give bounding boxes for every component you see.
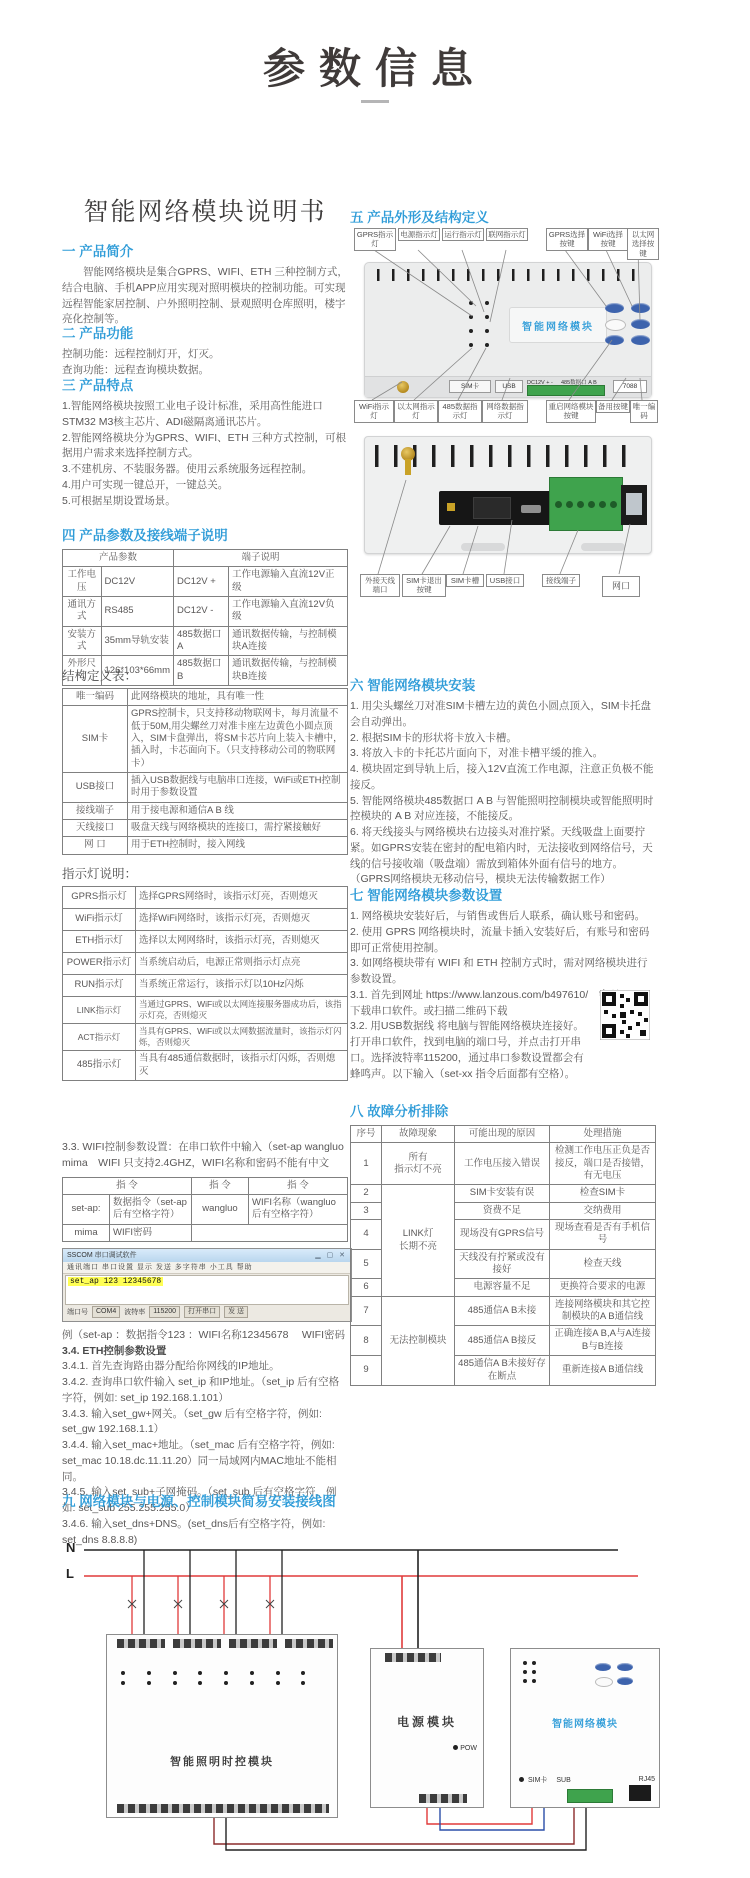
feature-item: 3.不建机房、不装服务器。使用云系统服务远程控制。: [62, 462, 348, 478]
send-button[interactable]: 发 送: [224, 1306, 248, 1318]
section-title: 六 智能网络模块安装: [350, 674, 656, 694]
col-header: 处理措施: [550, 1126, 656, 1143]
table-row: 序号 故障现象 可能出现的原因 处理措施: [351, 1126, 656, 1143]
cell: LINK指示灯: [63, 997, 136, 1024]
cell: LINK灯 长期不亮: [382, 1185, 455, 1296]
table-row: 485指示灯当具有485通信数据时，该指示灯闪烁，否则熄灭: [63, 1051, 348, 1081]
table-row: POWER指示灯当系统启动后，电源正常则指示灯点亮: [63, 953, 348, 975]
n-line-label: N: [66, 1540, 75, 1555]
cell: DC12V -: [174, 597, 229, 627]
section-param-setup: 七 智能网络模块参数设置 1. 网络模块安装好后，与销售或售后人联系，确认账号和…: [350, 884, 656, 1082]
callout-wifi-select-key: WiFi选择按键: [588, 228, 628, 251]
feature-item: 5.可根据星期设置场景。: [62, 494, 348, 510]
cell: 选择以太网网络时，该指示灯亮，否则熄灭: [136, 931, 348, 953]
setup-step: 1. 网络模块安装好后，与销售或售后人联系，确认账号和密码。: [350, 909, 656, 925]
cell: 选择WiFi网络时，该指示灯亮，否则熄灭: [136, 909, 348, 931]
cell: 电源容量不足: [455, 1279, 550, 1296]
table-row: set-ap: 数据指令（set-ap后有空格字符） wangluo WIFI名…: [63, 1194, 348, 1224]
table-row: 安装方式35mm导轨安装 485数据口 A通讯数据传输，与控制模块A连接: [63, 626, 348, 656]
col-header: 序号: [351, 1126, 382, 1143]
cell: WIFI密码: [110, 1224, 192, 1241]
cell: RUN指示灯: [63, 975, 136, 997]
table-row: 工作电压DC12V DC12V +工作电源输入直流12V正级: [63, 567, 348, 597]
callout-spare-key: 备用按键: [596, 400, 630, 413]
wifi-param-settings: 3.3. WIFI控制参数设置：在串口软件中输入（set-ap wangluo …: [62, 1140, 348, 1548]
figure-product-bottom: 外接天线端口 SIM卡退出按键 SIM卡槽 USB接口 接线端子 网口: [350, 428, 656, 618]
cell: USB接口: [63, 773, 128, 803]
cell: 2: [351, 1185, 382, 1202]
table-row: RUN指示灯当系统正常运行，该指示灯以10Hz闪烁: [63, 975, 348, 997]
qr-code: [600, 990, 650, 1040]
cell: 天线没有拧紧或没有接好: [455, 1249, 550, 1279]
port-label: 端口号: [67, 1307, 88, 1317]
callout-power-indicator: 电源指示灯: [398, 228, 440, 241]
table-row: 通讯方式RS485 DC12V -工作电源输入直流12V负级: [63, 597, 348, 627]
table-row: ACT指示灯当具有GPRS、WiFi或以太网数据流量时，该指示灯闪烁，否则熄灭: [63, 1024, 348, 1051]
wifi-settings-heading: 3.3. WIFI控制参数设置：在串口软件中输入（set-ap wangluo …: [62, 1140, 348, 1172]
table-row: 天线接口吸盘天线与网络模块的连接口，需拧紧接触好: [63, 820, 348, 837]
section-title: 七 智能网络模块参数设置: [350, 884, 656, 904]
section-title: 二 产品功能: [62, 322, 348, 342]
cell: 工作电源输入直流12V负级: [229, 597, 348, 627]
callout-sim-eject-key: SIM卡退出按键: [402, 574, 446, 597]
callout-link-indicator: 联网指示灯: [486, 228, 528, 241]
callout-leader-lines: [350, 228, 656, 426]
section-installation: 六 智能网络模块安装 1. 用尖头螺丝刀对准SIM卡槽左边的黄色小圆点顶入，SI…: [350, 674, 656, 888]
doc-title: 智能网络模块说明书: [62, 192, 348, 228]
table-row: WiFi指示灯选择WiFi网络时，该指示灯亮，否则熄灭: [63, 909, 348, 931]
table-row: 7 无法控制模块 485通信A B未接 连接网络模块和其它控制模块的A B通信线: [351, 1296, 656, 1326]
cell: SIM卡安装有误: [455, 1185, 550, 1202]
setup-step: 3. 如网络模块带有 WIFI 和 ETH 控制方式时，需对网络模块进行参数设置…: [350, 956, 656, 988]
section-title: 八 故障分析排除: [350, 1100, 656, 1120]
table-row: 指 令 指 令 指 令: [63, 1177, 348, 1194]
cell: 通讯数据传输，与控制模块A连接: [229, 626, 348, 656]
section-product-intro: 一 产品简介 智能网络模块是集合GPRS、WIFI、ETH 三种控制方式，结合电…: [62, 240, 348, 328]
section-title: 四 产品参数及接线端子说明: [62, 524, 348, 544]
callout-run-indicator: 运行指示灯: [442, 228, 484, 241]
callout-gprs-select-key: GPRS选择按键: [546, 228, 588, 251]
cell: 无法控制模块: [382, 1296, 455, 1385]
cell: 工作电压: [63, 567, 102, 597]
cell: 9: [351, 1356, 382, 1386]
network-module: 智能网络模块 SIM卡 SUB RJ45: [510, 1648, 660, 1808]
network-module-name: 智能网络模块: [511, 1715, 659, 1730]
command-table: 指 令 指 令 指 令 set-ap: 数据指令（set-ap后有空格字符） w…: [62, 1177, 348, 1242]
cell: 6: [351, 1279, 382, 1296]
example-line: 例（set-ap ：数据指令123 ：WIFI名称12345678 WIFI密码: [62, 1328, 348, 1344]
cell: 安装方式: [63, 626, 102, 656]
section-product-features: 三 产品特点 1.智能网络模块按照工业电子设计标准，采用高性能进口STM32 M…: [62, 374, 348, 509]
rj45-port: [629, 1785, 651, 1801]
module-button[interactable]: [617, 1677, 633, 1685]
section-troubleshooting: 八 故障分析排除 序号 故障现象 可能出现的原因 处理措施 1 所有 指示灯不亮…: [350, 1100, 656, 1386]
table-row: 接线端子用于接电源和通信A B 线: [63, 802, 348, 819]
cell: 重新连接A B通信线: [550, 1356, 656, 1386]
port-select[interactable]: COM4: [92, 1306, 120, 1318]
callout-network-indicator: 网络数据指示灯: [482, 400, 528, 423]
serial-window-title: SSCOM 串口调试软件: [67, 1250, 137, 1260]
callout-usb-port: USB接口: [486, 574, 524, 587]
baud-select[interactable]: 115200: [149, 1306, 180, 1318]
wiring-diagram: N L 智能照明时控模块 电源模块 POW: [62, 1516, 662, 1861]
cell-empty: [192, 1224, 348, 1241]
terminal-block: [567, 1789, 613, 1803]
callout-restart-key: 重启网络模块按键: [546, 400, 596, 423]
cell: 吸盘天线与网络模块的连接口，需拧紧接触好: [128, 820, 348, 837]
section-wiring-diagram: 九 网络模块与电源、控制模块简易安装接线图: [62, 1490, 682, 1515]
setup-step: 2. 使用 GPRS 网络模块时，流量卡插入安装好后，有账号和密码即可正常使用控…: [350, 925, 656, 957]
rj45-label: RJ45: [639, 1776, 655, 1783]
eth-step: 3.4.4. 输入set_mac+地址。（set_mac 后有空格字符，例如: …: [62, 1438, 348, 1485]
cell: 选择GPRS网络时，该指示灯亮，否则熄灭: [136, 887, 348, 909]
cell: RS485: [101, 597, 174, 627]
table-caption: 指示灯说明：: [62, 864, 348, 882]
col-header: 可能出现的原因: [455, 1126, 550, 1143]
baud-label: 波特率: [124, 1307, 145, 1317]
setup-step: 3.2. 用USB数据线 将电脑与智能网络模块连接好。打开串口软件，找到电脑的端…: [350, 1019, 590, 1082]
cell: 交纳费用: [550, 1202, 656, 1219]
serial-controls: 端口号 COM4 波特率 115200 打开串口 发 送: [63, 1303, 351, 1321]
serial-command-text: set_ap 123 12345678: [68, 1277, 163, 1286]
cell: 检测工作电压正负是否接反，端口是否接错，有无电压: [550, 1143, 656, 1185]
cell: 当通过GPRS、WiFi或以太网连接服务器成功后，该指示灯亮，否则熄灭: [136, 997, 348, 1024]
cell: SIM卡: [63, 706, 128, 773]
eth-settings-title: 3.4. ETH控制参数设置: [62, 1344, 348, 1360]
section-title: 一 产品简介: [62, 240, 348, 260]
section-title: 三 产品特点: [62, 374, 348, 394]
cell: 更换符合要求的电源: [550, 1279, 656, 1296]
section-body: 智能网络模块是集合GPRS、WIFI、ETH 三种控制方式，结合电脑、手机APP…: [62, 265, 348, 328]
cell: 35mm导轨安装: [101, 626, 174, 656]
install-step: 2. 根据SIM卡的形状将卡放入卡槽。: [350, 731, 656, 747]
serial-receive-area[interactable]: set_ap 123 12345678: [65, 1275, 349, 1305]
cell: 5: [351, 1249, 382, 1279]
section-title: 五 产品外形及结构定义: [350, 206, 656, 226]
module-button[interactable]: [595, 1677, 613, 1687]
cell: 资费不足: [455, 1202, 550, 1219]
window-buttons-icon[interactable]: ▁ ▢ ✕: [315, 1251, 347, 1259]
install-step: 6. 将天线接头与网络模块右边接头对准拧紧。天线吸盘上面要拧紧。如GPRS安装在…: [350, 825, 656, 888]
cell: WiFi指示灯: [63, 909, 136, 931]
feature-item: 4.用户可实现一键总开，一键总关。: [62, 478, 348, 494]
feature-item: 2.智能网络模块分为GPRS、WIFI、ETH 三种方式控制，可根据用户需求来选…: [62, 431, 348, 463]
serial-software-screenshot: SSCOM 串口调试软件 ▁ ▢ ✕ 通讯端口 串口设置 显示 发送 多字符串 …: [62, 1248, 352, 1322]
cell: 当系统启动后，电源正常则指示灯点亮: [136, 953, 348, 975]
module-leds: [523, 1661, 536, 1683]
cell: 485通信A B未接好存在断点: [455, 1356, 550, 1386]
cell: 用于接电源和通信A B 线: [128, 802, 348, 819]
table-row: 网 口用于ETH控制时，接入网线: [63, 837, 348, 854]
cell: mima: [63, 1224, 110, 1241]
cell: ETH指示灯: [63, 931, 136, 953]
col-header: 故障现象: [382, 1126, 455, 1143]
col-header: 指 令: [192, 1177, 249, 1194]
cell: 连接网络模块和其它控制模块的A B通信线: [550, 1296, 656, 1326]
cell: 现场没有GPRS信号: [455, 1220, 550, 1250]
cell: GPRS控制卡，只支持移动物联网卡，每月流量不低于50M,用尖螺丝刀对准卡座左边…: [128, 706, 348, 773]
cell: 现场查看是否有手机信号: [550, 1220, 656, 1250]
cell: 485指示灯: [63, 1051, 136, 1081]
structure-definition: 结构定义表： 唯一编码此网络模块的地址，具有唯一性 SIM卡GPRS控制卡，只支…: [62, 666, 348, 855]
serial-menubar[interactable]: 通讯端口 串口设置 显示 发送 多字符串 小工具 帮助: [63, 1262, 351, 1274]
cell: 当具有GPRS、WiFi或以太网数据流量时，该指示灯闪烁，否则熄灭: [136, 1024, 348, 1051]
table-row: 唯一编码此网络模块的地址，具有唯一性: [63, 689, 348, 706]
cell: 所有 指示灯不亮: [382, 1143, 455, 1185]
callout-unique-code: 唯一编码: [630, 400, 658, 423]
function-line: 控制功能：远程控制灯开，灯灭。: [62, 347, 348, 363]
l-line-label: L: [66, 1566, 74, 1581]
cell: DC12V +: [174, 567, 229, 597]
cell: 工作电源输入直流12V正级: [229, 567, 348, 597]
feature-item: 1.智能网络模块按照工业电子设计标准，采用高性能进口STM32 M3核主芯片、A…: [62, 399, 348, 431]
section-params-terminals: 四 产品参数及接线端子说明 产品参数 端子说明 工作电压DC12V DC12V …: [62, 524, 348, 686]
cell: 此网络模块的地址，具有唯一性: [128, 689, 348, 706]
callout-eth-indicator: 以太网指示灯: [394, 400, 438, 423]
cell: 网 口: [63, 837, 128, 854]
lighting-module: 智能照明时控模块: [106, 1634, 338, 1818]
cell: 检查天线: [550, 1249, 656, 1279]
sim-label: SIM卡: [528, 1777, 547, 1784]
callout-terminal: 接线端子: [542, 574, 580, 587]
cell: 3: [351, 1202, 382, 1219]
power-module-name: 电源模块: [371, 1713, 483, 1730]
cell: 通讯方式: [63, 597, 102, 627]
cell: wangluo: [192, 1194, 249, 1224]
cell: 当具有485通信数据时，该指示灯闪烁，否则熄灭: [136, 1051, 348, 1081]
col-header: 端子说明: [174, 550, 348, 567]
cell: 8: [351, 1326, 382, 1356]
module-leds: [121, 1671, 321, 1685]
cell: 485通信A B未接: [455, 1296, 550, 1326]
callout-gprs-indicator: GPRS指示灯: [354, 228, 396, 251]
cell: 检查SIM卡: [550, 1185, 656, 1202]
eth-step: 3.4.3. 输入set_gw+网关。（set_gw 后有空格字符，例如: se…: [62, 1407, 348, 1439]
cell: 天线接口: [63, 820, 128, 837]
callout-sim-slot: SIM卡槽: [446, 574, 484, 587]
indicator-table: GPRS指示灯选择GPRS网络时，该指示灯亮，否则熄灭 WiFi指示灯选择WiF…: [62, 886, 348, 1081]
module-button[interactable]: [617, 1663, 633, 1671]
cell: 用于ETH控制时，接入网线: [128, 837, 348, 854]
callout-485-indicator: 485数据指示灯: [438, 400, 482, 423]
col-header: 指 令: [249, 1177, 348, 1194]
callout-ext-antenna-port: 外接天线端口: [360, 574, 400, 597]
open-port-button[interactable]: 打开串口: [184, 1306, 220, 1318]
pow-led-label: POW: [453, 1745, 477, 1752]
cell: 485数据口 A: [174, 626, 229, 656]
cell: 插入USB数据线与电脑串口连接，WiFi或ETH控制时用于参数设置: [128, 773, 348, 803]
callout-lan-port: 网口: [602, 576, 640, 597]
table-row: ETH指示灯选择以太网网络时，该指示灯亮，否则熄灭: [63, 931, 348, 953]
serial-titlebar: SSCOM 串口调试软件 ▁ ▢ ✕: [63, 1249, 351, 1262]
fault-table: 序号 故障现象 可能出现的原因 处理措施 1 所有 指示灯不亮 工作电压接入错误…: [350, 1125, 656, 1386]
eth-step: 3.4.1. 首先查询路由器分配给你网线的IP地址。: [62, 1359, 348, 1375]
cell: 7: [351, 1296, 382, 1326]
table-row: mima WIFI密码: [63, 1224, 348, 1241]
indicator-description: 指示灯说明： GPRS指示灯选择GPRS网络时，该指示灯亮，否则熄灭 WiFi指…: [62, 864, 348, 1081]
section-product-functions: 二 产品功能 控制功能：远程控制灯开，灯灭。 查询功能：远程查询模块数据。: [62, 322, 348, 379]
callout-eth-select-key: 以太网选择按键: [627, 228, 659, 260]
cell: 1: [351, 1143, 382, 1185]
module-button[interactable]: [595, 1663, 611, 1671]
cell: DC12V: [101, 567, 174, 597]
cell: set-ap:: [63, 1194, 110, 1224]
table-row: 1 所有 指示灯不亮 工作电压接入错误 检测工作电压正负是否接反，端口是否接错，…: [351, 1143, 656, 1185]
table-row: SIM卡GPRS控制卡，只支持移动物联网卡，每月流量不低于50M,用尖螺丝刀对准…: [63, 706, 348, 773]
col-header: 指 令: [63, 1177, 192, 1194]
cell: 工作电压接入错误: [455, 1143, 550, 1185]
page-title: 参数信息: [0, 36, 750, 96]
lighting-module-name: 智能照明时控模块: [107, 1753, 337, 1769]
install-step: 1. 用尖头螺丝刀对准SIM卡槽左边的黄色小圆点顶入，SIM卡托盘会自动弹出。: [350, 699, 656, 731]
cell: 接线端子: [63, 802, 128, 819]
cell: POWER指示灯: [63, 953, 136, 975]
install-step: 4. 模块固定到导轨上后，接入12V直流工作电源，注意正负极不能接反。: [350, 762, 656, 794]
section-title: 九 网络模块与电源、控制模块简易安装接线图: [62, 1490, 682, 1510]
cell: ACT指示灯: [63, 1024, 136, 1051]
table-row: LINK指示灯当通过GPRS、WiFi或以太网连接服务器成功后，该指示灯亮，否则…: [63, 997, 348, 1024]
col-header: 产品参数: [63, 550, 174, 567]
cell: 当系统正常运行，该指示灯以10Hz闪烁: [136, 975, 348, 997]
sub-label: SUB: [556, 1777, 570, 1784]
cell: 4: [351, 1220, 382, 1250]
figure-product-front: GPRS指示灯 电源指示灯 运行指示灯 联网指示灯 GPRS选择按键 WiFi选…: [350, 228, 656, 426]
cell: WIFI名称（wangluo后有空格字符）: [249, 1194, 348, 1224]
table-row: GPRS指示灯选择GPRS网络时，该指示灯亮，否则熄灭: [63, 887, 348, 909]
cell: 正确连接A B,A与A连接 B与B连接: [550, 1326, 656, 1356]
sim-sub-labels: SIM卡 SUB: [519, 1775, 571, 1785]
title-divider: [361, 100, 389, 103]
cell: GPRS指示灯: [63, 887, 136, 909]
power-module: 电源模块 POW: [370, 1648, 484, 1808]
cell: 数据指令（set-ap后有空格字符）: [110, 1194, 192, 1224]
table-row: USB接口插入USB数据线与电脑串口连接，WiFi或ETH控制时用于参数设置: [63, 773, 348, 803]
install-step: 3. 将放入卡的卡托芯片面向下，对准卡槽平缓的推入。: [350, 746, 656, 762]
install-step: 5. 智能网络模块485数据口 A B 与智能照明控制模块或智能照明时控模块的 …: [350, 794, 656, 826]
callout-wifi-indicator: WiFi指示灯: [354, 400, 394, 423]
cell: 485通信A B接反: [455, 1326, 550, 1356]
table-row: 2 LINK灯 长期不亮 SIM卡安装有误 检查SIM卡: [351, 1185, 656, 1202]
structure-table: 唯一编码此网络模块的地址，具有唯一性 SIM卡GPRS控制卡，只支持移动物联网卡…: [62, 688, 348, 855]
table-caption: 结构定义表：: [62, 666, 348, 684]
cell: 唯一编码: [63, 689, 128, 706]
eth-step: 3.4.2. 查询串口软件输入 set_ip 和IP地址。（set_ip 后有空…: [62, 1375, 348, 1407]
